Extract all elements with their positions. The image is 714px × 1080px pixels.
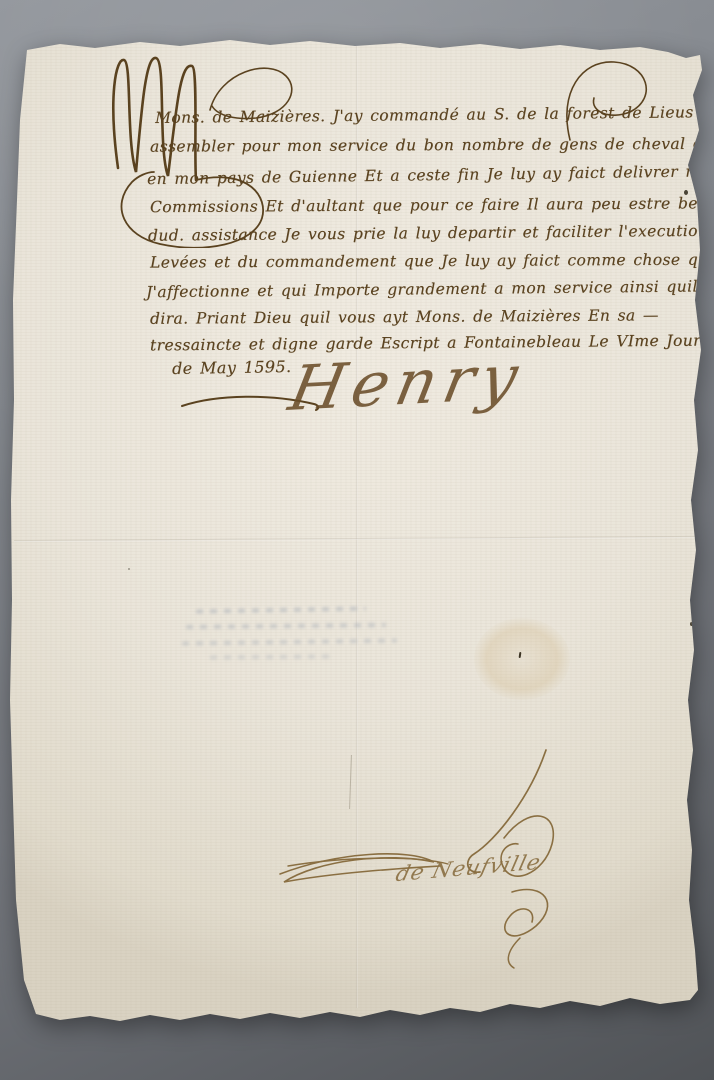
- ghost-showthrough-line: [210, 654, 330, 659]
- horizontal-fold-crease: [14, 536, 696, 542]
- handwriting-line: Commissions Et d'aultant que pour ce fai…: [150, 194, 714, 216]
- handwriting-line: de May 1595.: [172, 357, 292, 378]
- ink-speck: [684, 190, 688, 195]
- royal-signature: Henry: [283, 340, 530, 425]
- handwriting-line: assembler pour mon service du bon nombre…: [150, 134, 714, 155]
- photo-backdrop: Mons. de Maizières. J'ay commandé au S. …: [0, 0, 714, 1080]
- ghost-showthrough-line: [196, 607, 366, 614]
- ascender-loop-flourish: [556, 54, 668, 146]
- bottom-left-annotation: mr du camp: [46, 1039, 100, 1050]
- paper-shadow-wrap: Mons. de Maizières. J'ay commandé au S. …: [0, 0, 714, 1080]
- ink-speck: [128, 568, 130, 570]
- handwriting-line: J'affectionne et qui Importe grandement …: [146, 277, 714, 301]
- handwriting-line: Levées et du commandement que Je luy ay …: [150, 250, 714, 271]
- ink-speck: [690, 622, 693, 626]
- ink-speck: [540, 1008, 543, 1011]
- handwriting-line: dira. Priant Dieu quil vous ayt Mons. de…: [150, 306, 659, 328]
- manuscript-paper: Mons. de Maizières. J'ay commandé au S. …: [0, 0, 714, 1080]
- ghost-showthrough-line: [182, 638, 397, 645]
- stain-blotch: [474, 618, 570, 700]
